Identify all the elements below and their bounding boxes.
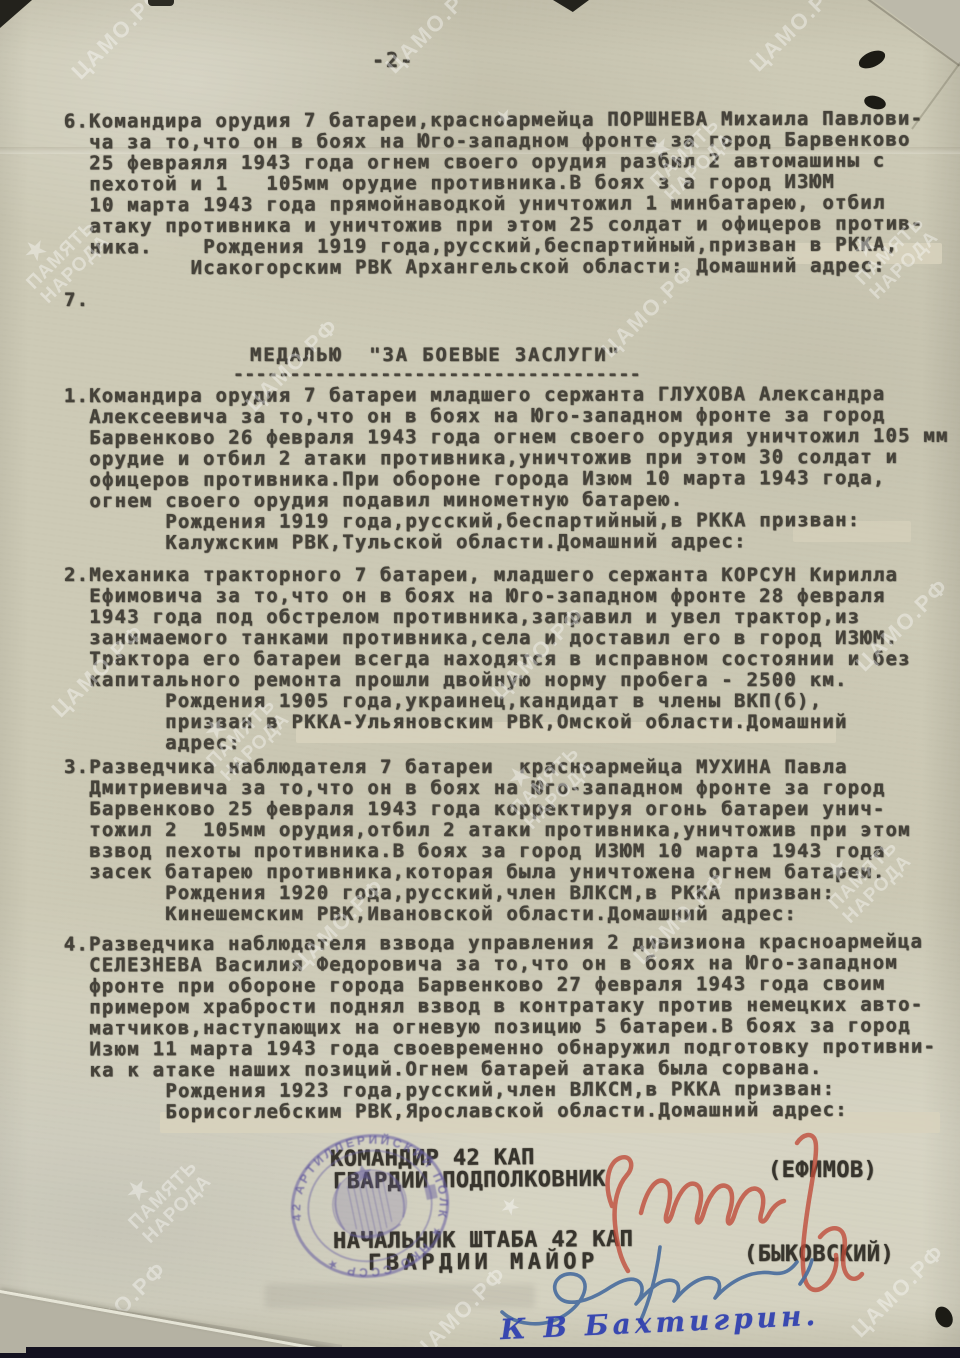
medal-title-underline: ------------------------------------ — [233, 364, 641, 385]
ussr-emblem-icon — [325, 1157, 413, 1245]
scanned-document-page: -2- 6.Командира орудия 7 батареи,красноа… — [0, 0, 960, 1358]
award-item-3: 3.Разведчика наблюдателя 7 батареи красн… — [64, 757, 911, 925]
award-item-2: 2.Механика тракторного 7 батареи, младше… — [64, 565, 911, 754]
scan-edge-bottom — [0, 1353, 30, 1358]
chief-of-staff-name: (БЫКОВСКИЙ) — [744, 1242, 894, 1267]
unit-stamp: 42 АРТИЛЛЕРИЙСКИЙ ПОЛК ★ НКО СССР ★ — [286, 1130, 458, 1290]
commander-name: (ЕФИМОВ) — [768, 1158, 877, 1183]
section-7-number: 7. — [64, 290, 89, 311]
page-number: -2- — [372, 48, 414, 72]
award-item-1: 1.Командира орудия 7 батареи младшего се… — [64, 384, 949, 554]
paper-tear-nick — [148, 0, 174, 6]
scan-edge-bottom — [26, 1347, 960, 1358]
medal-title: МЕДАЛЬЮ "ЗА БОЕВЫЕ ЗАСЛУГИ" — [250, 344, 621, 366]
award-item-4: 4.Разведчика наблюдателя взвода управлен… — [64, 931, 937, 1123]
award-item-6: 6.Командира орудия 7 батареи,красноармей… — [64, 109, 924, 280]
